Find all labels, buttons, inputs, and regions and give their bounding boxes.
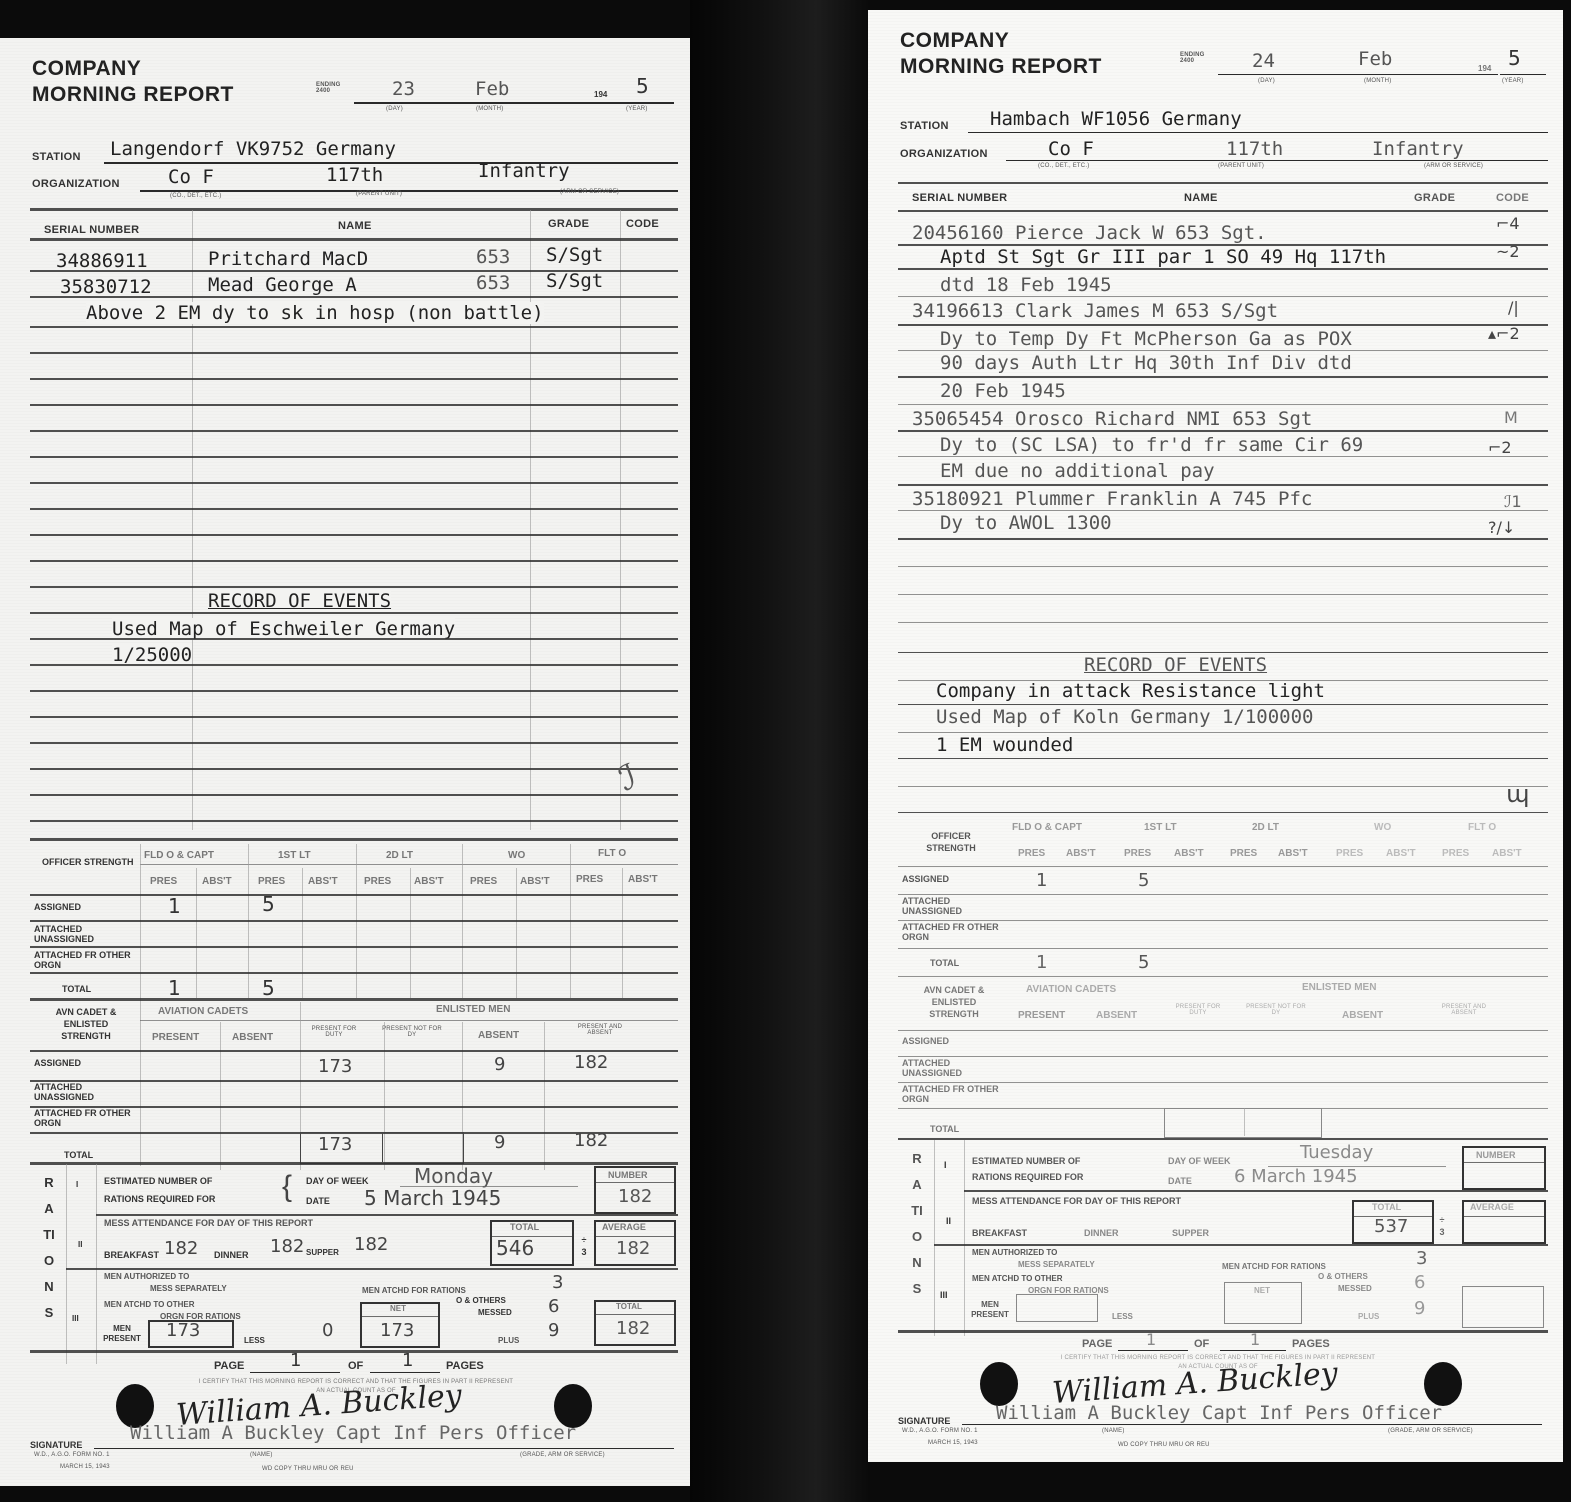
abst-header: ABS'T <box>308 876 338 887</box>
entry-line: dtd 18 Feb 1945 <box>940 274 1112 296</box>
abst-header: ABS'T <box>1386 848 1416 859</box>
mess-attendance-label: MESS ATTENDANCE FOR DAY OF THIS REPORT <box>972 1196 1181 1206</box>
es-col-present-for-duty: PRESENT FOR DUTY <box>304 1026 364 1038</box>
col-code-header: CODE <box>626 218 659 230</box>
row-label-total: TOTAL <box>930 1124 959 1134</box>
row-label-assigned: ASSIGNED <box>34 902 81 912</box>
mess-attendance-label: MESS ATTENDANCE FOR DAY OF THIS REPORT <box>104 1218 313 1228</box>
pres-header: PRES <box>1124 848 1151 859</box>
net-label: NET <box>390 1304 406 1313</box>
org-company: Co F <box>168 166 214 188</box>
form-title-line2: MORNING REPORT <box>900 54 1102 80</box>
rations-section-ii: II <box>78 1240 82 1249</box>
es-col-present: PRESENT <box>1018 1010 1065 1021</box>
officer-total-value: 1 <box>168 976 181 1000</box>
es-col-present: PRESENT <box>152 1032 199 1043</box>
binder-hole <box>980 1362 1018 1406</box>
aviation-cadets-header: AVIATION CADETS <box>1026 984 1116 995</box>
o-others-value: 6 <box>548 1296 559 1317</box>
grade-sublabel: (GRADE, ARM OR SERVICE) <box>520 1452 605 1458</box>
enlisted-strength-label: AVN CADET & ENLISTED STRENGTH <box>906 984 1002 1020</box>
aviation-cadets-header: AVIATION CADETS <box>158 1006 248 1017</box>
initials-mark: ɰ <box>1506 780 1529 808</box>
pres-header: PRES <box>1442 848 1469 859</box>
rations-section-iii: III <box>72 1314 79 1323</box>
row-label-total: TOTAL <box>62 984 91 994</box>
report-year: 5 <box>636 74 649 98</box>
officer-total-value: 1 <box>1036 952 1047 973</box>
form-title-line1: COMPANY <box>32 56 141 82</box>
organization-label: ORGANIZATION <box>900 148 988 160</box>
grand-total-label: TOTAL <box>616 1302 642 1311</box>
es-assigned-absent: 9 <box>494 1054 505 1075</box>
es-total-pres-abs: 182 <box>574 1130 608 1151</box>
officer-total-value: 5 <box>262 976 275 1000</box>
officer-group-header: FLT O <box>598 848 626 859</box>
mess-total-label: TOTAL <box>510 1222 539 1232</box>
entry-line: 34196613 Clark James M 653 S/Sgt <box>912 300 1278 322</box>
of-label: OF <box>348 1360 363 1372</box>
year-prefix: 194 <box>594 90 607 99</box>
org-arm-sublabel: (ARM OR SERVICE) <box>1424 163 1483 169</box>
atchd-rations-label: MEN ATCHD FOR RATIONS <box>362 1286 466 1295</box>
morning-report-right: COMPANY MORNING REPORT ENDING 2400 24 Fe… <box>868 10 1563 1462</box>
day-of-week-value: Tuesday <box>1300 1142 1373 1163</box>
org-parent: 117th <box>1226 138 1283 160</box>
row-label-attached-fr-other: ATTACHED FR OTHER ORGN <box>902 922 1002 942</box>
col-serial-header: SERIAL NUMBER <box>912 192 1007 204</box>
name-sublabel: (NAME) <box>1102 1428 1125 1434</box>
code-mark: ~2 <box>1496 242 1520 261</box>
signature-typed: William A Buckley Capt Inf Pers Officer <box>996 1402 1442 1424</box>
pres-header: PRES <box>1230 848 1257 859</box>
morning-report-left: COMPANY MORNING REPORT ENDING 2400 23 Fe… <box>0 38 690 1486</box>
page-label: PAGE <box>1082 1338 1112 1350</box>
row-label-assigned: ASSIGNED <box>902 874 949 884</box>
entry-grade: S/Sgt <box>546 270 603 292</box>
code-mark: ℐ1 <box>1504 492 1522 511</box>
officer-group-header: WO <box>508 850 525 861</box>
est-rations-label: RATIONS REQUIRED FOR <box>104 1194 215 1204</box>
org-arm: Infantry <box>1372 138 1464 160</box>
enlisted-men-header: ENLISTED MEN <box>436 1004 510 1015</box>
row-label-attached-unassigned: ATTACHED UNASSIGNED <box>902 1058 1002 1078</box>
officer-group-header: WO <box>1374 822 1391 833</box>
year-sublabel: (YEAR) <box>626 106 648 112</box>
entry-mos: 653 <box>476 246 510 268</box>
org-company: Co F <box>1048 138 1094 160</box>
signature-typed: William A Buckley Capt Inf Pers Officer <box>130 1422 576 1444</box>
row-label-assigned: ASSIGNED <box>34 1058 81 1068</box>
abst-header: ABS'T <box>1492 848 1522 859</box>
abst-header: ABS'T <box>520 876 550 887</box>
dinner-label: DINNER <box>1084 1228 1119 1238</box>
plus-value: 9 <box>1414 1298 1425 1319</box>
average-label: AVERAGE <box>602 1222 646 1232</box>
code-mark: /| <box>1508 298 1519 317</box>
report-day: 24 <box>1252 50 1275 72</box>
pages-label: PAGES <box>446 1360 484 1372</box>
entry-line: EM due no additional pay <box>940 460 1215 482</box>
o-others-label: MESSED <box>478 1308 512 1317</box>
page-number: 1 <box>1146 1330 1156 1349</box>
report-year: 5 <box>1508 46 1521 70</box>
officer-strength-label: OFFICER STRENGTH <box>42 856 122 868</box>
o-others-label: MESSED <box>1338 1284 1372 1293</box>
plus-value: 9 <box>548 1320 559 1341</box>
day-sublabel: (DAY) <box>1258 78 1275 84</box>
day-of-week-value: Monday <box>414 1164 493 1188</box>
men-present-label: MEN PRESENT <box>966 1300 1014 1320</box>
col-grade-header: GRADE <box>1414 192 1455 204</box>
mess-total-label: TOTAL <box>1372 1202 1401 1212</box>
officer-group-header: FLD O & CAPT <box>1012 822 1082 833</box>
es-total-pfd: 173 <box>318 1134 352 1155</box>
officer-assigned-value: 5 <box>1138 870 1149 891</box>
grade-sublabel: (GRADE, ARM OR SERVICE) <box>1388 1428 1473 1434</box>
enlisted-men-header: ENLISTED MEN <box>1302 982 1376 993</box>
o-others-label: O & OTHERS <box>1318 1272 1368 1281</box>
pres-header: PRES <box>150 876 177 887</box>
report-month: Feb <box>1358 48 1392 70</box>
form-title-line1: COMPANY <box>900 28 1009 54</box>
form-date: MARCH 15, 1943 <box>60 1464 110 1470</box>
binder-hole <box>1424 1362 1462 1406</box>
event-line: Company in attack Resistance light <box>936 680 1325 702</box>
year-sublabel: (YEAR) <box>1502 78 1524 84</box>
page-count: 1 <box>402 1350 413 1371</box>
org-arm-sublabel: (ARM OR SERVICE) <box>560 189 619 195</box>
rations-section-i: I <box>76 1180 78 1189</box>
breakfast-label: BREAKFAST <box>972 1228 1027 1238</box>
auth-separately-label: MESS SEPARATELY <box>150 1284 227 1293</box>
org-parent: 117th <box>326 164 383 186</box>
row-label-attached-unassigned: ATTACHED UNASSIGNED <box>34 1082 134 1102</box>
pres-header: PRES <box>258 876 285 887</box>
col-code-header: CODE <box>1496 192 1529 204</box>
ending-label: ENDING 2400 <box>316 82 350 94</box>
month-sublabel: (MONTH) <box>476 106 503 112</box>
mess-average-value: 182 <box>616 1238 650 1259</box>
entry-line: 35180921 Plummer Franklin A 745 Pfc <box>912 488 1312 510</box>
station-label: STATION <box>900 120 949 132</box>
est-rations-label: RATIONS REQUIRED FOR <box>972 1172 1083 1182</box>
officer-group-header: 2D LT <box>1252 822 1279 833</box>
divide-by-three: ÷ 3 <box>578 1234 590 1258</box>
entry-serial: 35830712 <box>60 276 152 298</box>
page-number: 1 <box>290 1350 301 1371</box>
event-line: Used Map of Koln Germany 1/100000 <box>936 706 1314 728</box>
event-line: Used Map of Eschweiler Germany <box>112 618 455 640</box>
rations-side-label: RATIONS <box>910 1146 924 1302</box>
entry-line: 20456160 Pierce Jack W 653 Sgt. <box>912 222 1267 244</box>
abst-header: ABS'T <box>628 874 658 885</box>
row-label-total: TOTAL <box>930 958 959 968</box>
record-of-events-title: RECORD OF EVENTS <box>208 590 391 612</box>
dinner-label: DINNER <box>214 1250 249 1260</box>
rations-number-value: 182 <box>618 1186 652 1207</box>
plus-label: PLUS <box>1358 1312 1379 1321</box>
officer-total-value: 5 <box>1138 952 1149 973</box>
es-col-absent: ABSENT <box>478 1030 519 1041</box>
est-rations-label: ESTIMATED NUMBER OF <box>972 1156 1080 1166</box>
org-company-sublabel: (CO., DET., ETC.) <box>1038 163 1089 169</box>
signature-label: SIGNATURE <box>30 1440 82 1450</box>
number-label: NUMBER <box>1476 1150 1516 1160</box>
form-number: W.D., A.G.O. FORM NO. 1 <box>34 1452 110 1458</box>
entry-line: Dy to Temp Dy Ft McPherson Ga as POX <box>940 328 1352 350</box>
atchd-rations-label: MEN ATCHD FOR RATIONS <box>1222 1262 1326 1271</box>
col-serial-header: SERIAL NUMBER <box>44 224 139 236</box>
rations-side-label: RATIONS <box>42 1170 56 1326</box>
ending-label: ENDING 2400 <box>1180 52 1214 64</box>
entry-line: 35065454 Orosco Richard NMI 653 Sgt <box>912 408 1312 430</box>
entry-line: Aptd St Sgt Gr III par 1 SO 49 Hq 117th <box>940 246 1386 268</box>
supper-label: SUPPER <box>306 1248 339 1257</box>
abst-header: ABS'T <box>1066 848 1096 859</box>
organization-label: ORGANIZATION <box>32 178 120 190</box>
ration-date-value: 5 March 1945 <box>364 1186 501 1210</box>
es-col-present-not-for-dy: PRESENT NOT FOR DY <box>1244 1004 1308 1016</box>
less-label: LESS <box>244 1336 265 1345</box>
entry-line: 90 days Auth Ltr Hq 30th Inf Div dtd <box>940 352 1352 374</box>
form-footer: WD COPY THRU MRU OR REU <box>262 1466 354 1472</box>
es-assigned-pfd: 173 <box>318 1056 352 1077</box>
code-mark: ?/↓ <box>1488 518 1515 537</box>
row-label-total: TOTAL <box>64 1150 93 1160</box>
officer-assigned-value: 1 <box>168 894 181 918</box>
net-value: 173 <box>380 1320 414 1341</box>
row-label-attached-fr-other: ATTACHED FR OTHER ORGN <box>34 950 134 970</box>
number-label: NUMBER <box>608 1170 648 1180</box>
es-col-absent: ABSENT <box>232 1032 273 1043</box>
ration-date-value: 6 March 1945 <box>1234 1166 1358 1187</box>
col-grade-header: GRADE <box>548 218 589 230</box>
station-label: STATION <box>32 151 81 163</box>
entry-mos: 653 <box>476 272 510 294</box>
divide-by-three: ÷ 3 <box>1436 1214 1448 1238</box>
row-label-assigned: ASSIGNED <box>902 1036 949 1046</box>
abst-header: ABS'T <box>414 876 444 887</box>
rations-section-iii: III <box>940 1290 948 1300</box>
pres-header: PRES <box>1018 848 1045 859</box>
officer-group-header: 1ST LT <box>278 850 311 861</box>
row-label-attached-unassigned: ATTACHED UNASSIGNED <box>34 924 134 944</box>
form-number: W.D., A.G.O. FORM NO. 1 <box>902 1428 978 1434</box>
col-name-header: NAME <box>338 220 372 232</box>
net-label: NET <box>1254 1286 1270 1295</box>
page-count: 1 <box>1250 1330 1260 1349</box>
row-label-attached-fr-other: ATTACHED FR OTHER ORGN <box>902 1084 1002 1104</box>
entry-grade: S/Sgt <box>546 244 603 266</box>
entry-line: 20 Feb 1945 <box>940 380 1066 402</box>
org-parent-sublabel: (PARENT UNIT) <box>1218 163 1264 169</box>
es-col-present-and-absent: PRESENT AND ABSENT <box>570 1024 630 1036</box>
o-others-value: 6 <box>1414 1272 1425 1293</box>
code-mark: M <box>1504 408 1518 427</box>
o-others-label: O & OTHERS <box>456 1296 506 1305</box>
less-label: LESS <box>1112 1312 1133 1321</box>
average-label: AVERAGE <box>1470 1202 1514 1212</box>
event-line: 1/25000 <box>112 644 192 666</box>
row-label-attached-fr-other: ATTACHED FR OTHER ORGN <box>34 1108 134 1128</box>
es-assigned-pres-abs: 182 <box>574 1052 608 1073</box>
less-value: 0 <box>322 1320 333 1341</box>
scanner-background <box>690 0 870 1502</box>
auth-separately-label: MESS SEPARATELY <box>1018 1260 1095 1269</box>
pres-header: PRES <box>576 874 603 885</box>
es-col-present-and-absent: PRESENT AND ABSENT <box>1434 1004 1494 1016</box>
year-prefix: 194 <box>1478 64 1491 73</box>
supper-value: 182 <box>354 1234 388 1255</box>
auth-separately-label: MEN AUTHORIZED TO <box>104 1272 189 1281</box>
abst-header: ABS'T <box>1278 848 1308 859</box>
officer-assigned-value: 1 <box>1036 870 1047 891</box>
es-col-absent: ABSENT <box>1096 1010 1137 1021</box>
entry-line: Dy to (SC LSA) to fr'd fr same Cir 69 <box>940 434 1363 456</box>
rations-section-ii: II <box>946 1216 951 1226</box>
abst-header: ABS'T <box>202 876 232 887</box>
officer-group-header: FLD O & CAPT <box>144 850 214 861</box>
es-col-present-not-for-dy: PRESENT NOT FOR DY <box>380 1026 444 1038</box>
men-present-label: MEN PRESENT <box>98 1324 146 1344</box>
grand-total-value: 182 <box>616 1318 650 1339</box>
atchd-rations-value: 3 <box>1416 1248 1427 1269</box>
officer-group-header: 2D LT <box>386 850 413 861</box>
atchd-other-label: MEN ATCHD TO OTHER <box>104 1300 195 1309</box>
breakfast-value: 182 <box>164 1238 198 1259</box>
men-present-value: 173 <box>166 1320 200 1341</box>
page-label: PAGE <box>214 1360 244 1372</box>
dinner-value: 182 <box>270 1236 304 1257</box>
station-value: Langendorf VK9752 Germany <box>110 138 396 160</box>
mess-total-value: 546 <box>496 1236 534 1260</box>
enlisted-strength-label: AVN CADET & ENLISTED STRENGTH <box>38 1006 134 1042</box>
atchd-other-label: MEN ATCHD TO OTHER <box>972 1274 1063 1283</box>
signature-label: SIGNATURE <box>898 1416 950 1426</box>
breakfast-label: BREAKFAST <box>104 1250 159 1260</box>
plus-label: PLUS <box>498 1336 519 1345</box>
officer-assigned-value: 5 <box>262 892 275 916</box>
date-label: DATE <box>306 1196 330 1206</box>
name-sublabel: (NAME) <box>250 1452 273 1458</box>
form-title-line2: MORNING REPORT <box>32 82 234 108</box>
code-mark: ⌐2 <box>1488 438 1512 457</box>
entry-name: Mead George A <box>208 274 357 296</box>
pres-header: PRES <box>1336 848 1363 859</box>
org-arm: Infantry <box>478 160 570 182</box>
atchd-rations-value: 3 <box>552 1272 563 1293</box>
es-total-absent: 9 <box>494 1132 505 1153</box>
report-month: Feb <box>475 78 509 100</box>
supper-label: SUPPER <box>1172 1228 1209 1238</box>
pres-header: PRES <box>470 876 497 887</box>
entry-name: Pritchard MacD <box>208 248 368 270</box>
mess-total-value: 537 <box>1374 1216 1408 1237</box>
form-date: MARCH 15, 1943 <box>928 1440 978 1446</box>
day-sublabel: (DAY) <box>386 106 403 112</box>
org-parent-sublabel: (PARENT UNIT) <box>356 191 402 197</box>
auth-separately-label: MEN AUTHORIZED TO <box>972 1248 1057 1257</box>
event-line: 1 EM wounded <box>936 734 1073 756</box>
month-sublabel: (MONTH) <box>1364 78 1391 84</box>
pages-label: PAGES <box>1292 1338 1330 1350</box>
date-label: DATE <box>1168 1176 1192 1186</box>
entry-serial: 34886911 <box>56 250 148 272</box>
abst-header: ABS'T <box>1174 848 1204 859</box>
station-value: Hambach WF1056 Germany <box>990 108 1242 130</box>
record-of-events-title: RECORD OF EVENTS <box>1084 654 1267 676</box>
day-of-week-label: DAY OF WEEK <box>1168 1156 1231 1166</box>
est-rations-label: ESTIMATED NUMBER OF <box>104 1176 212 1186</box>
officer-group-header: FLT O <box>1468 822 1496 833</box>
pres-header: PRES <box>364 876 391 887</box>
officer-strength-label: OFFICER STRENGTH <box>908 830 994 854</box>
report-day: 23 <box>392 78 415 100</box>
rations-section-i: I <box>944 1160 947 1170</box>
officer-group-header: 1ST LT <box>1144 822 1177 833</box>
form-footer: WD COPY THRU MRU OR REU <box>1118 1442 1210 1448</box>
code-mark: ⌐4 <box>1496 214 1520 233</box>
es-col-absent: ABSENT <box>1342 1010 1383 1021</box>
day-of-week-label: DAY OF WEEK <box>306 1176 369 1186</box>
es-col-present-for-duty: PRESENT FOR DUTY <box>1168 1004 1228 1016</box>
entry-remark: Above 2 EM dy to sk in hosp (non battle) <box>86 302 544 324</box>
org-company-sublabel: (CO., DET., ETC.) <box>170 193 221 199</box>
code-mark: ▴⌐2 <box>1488 324 1520 343</box>
entry-line: Dy to AWOL 1300 <box>940 512 1112 534</box>
of-label: OF <box>1194 1338 1209 1350</box>
col-name-header: NAME <box>1184 192 1218 204</box>
row-label-attached-unassigned: ATTACHED UNASSIGNED <box>902 896 1002 916</box>
